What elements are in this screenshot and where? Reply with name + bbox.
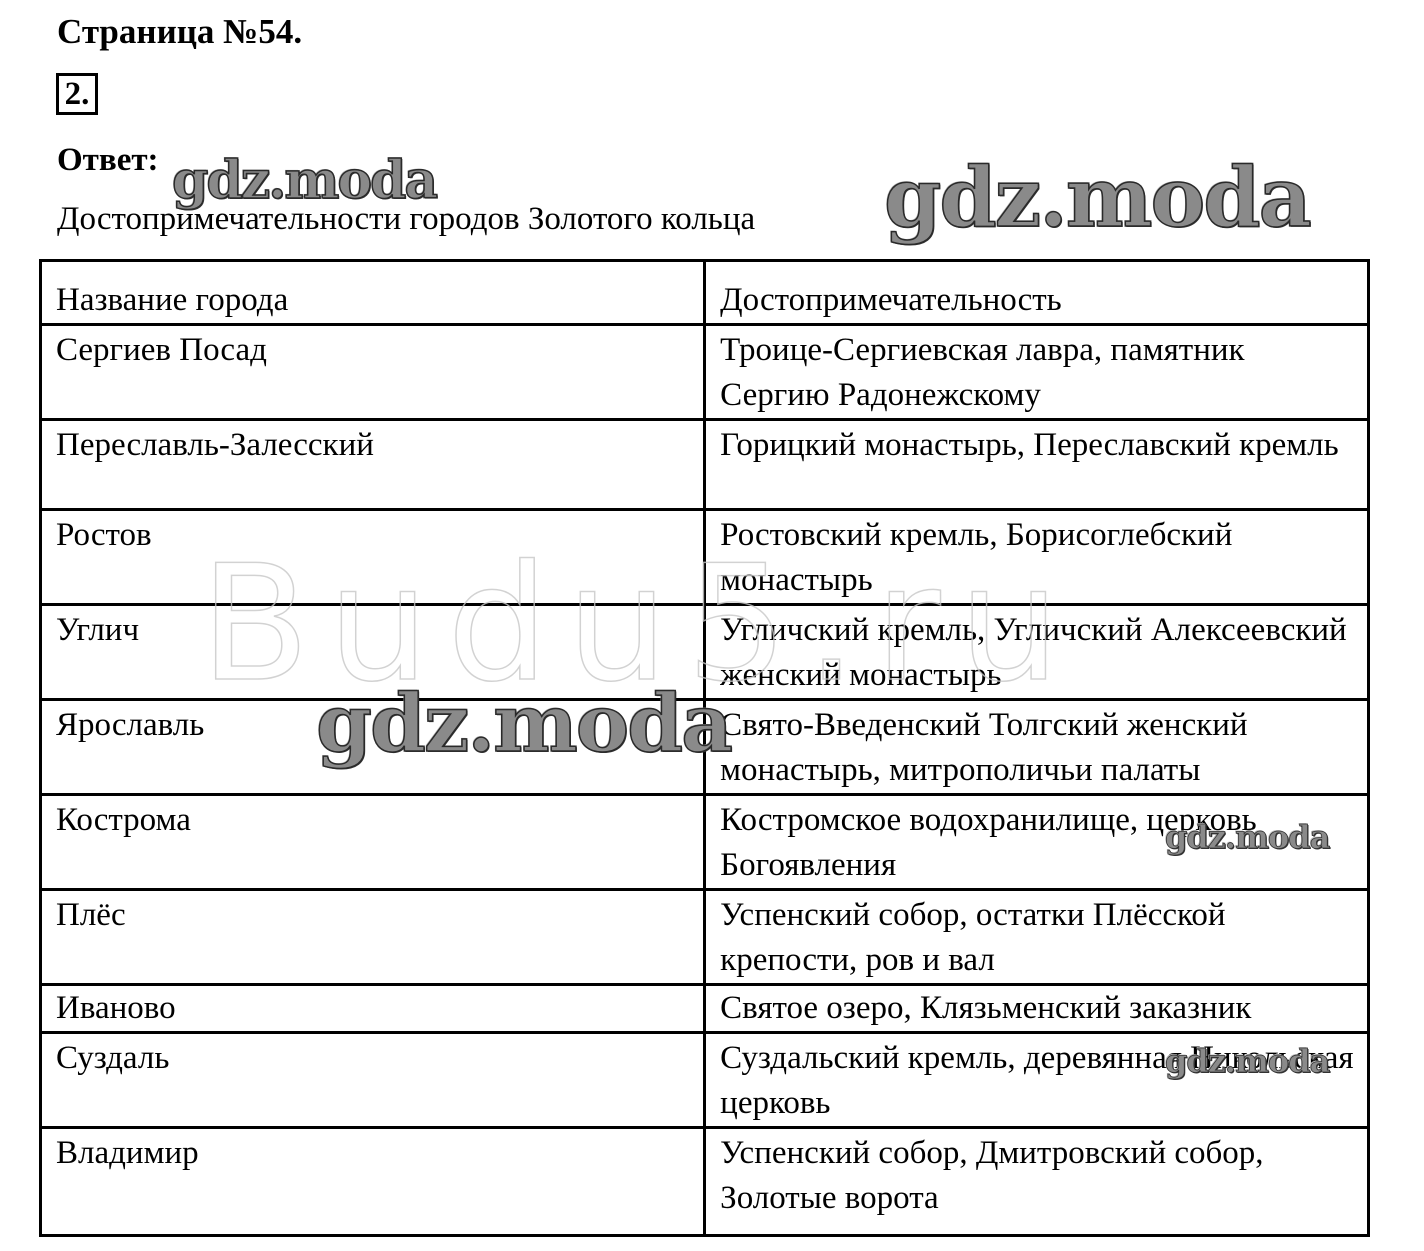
task-number-badge: 2. bbox=[56, 73, 98, 115]
city-cell: Ярославль bbox=[41, 700, 705, 795]
table-row: Кострома Костромское водохранилище, церк… bbox=[41, 795, 1369, 890]
table-row: Ярославль Свято-Введенский Толгский женс… bbox=[41, 700, 1369, 795]
sight-cell: Успенский собор, Дмитровский собор, Золо… bbox=[705, 1128, 1369, 1236]
table-caption: Достопримечательности городов Золотого к… bbox=[57, 197, 755, 241]
sight-cell: Свято-Введенский Толгский женский монаст… bbox=[705, 700, 1369, 795]
table-row: Плёс Успенский собор, остатки Плёсской к… bbox=[41, 890, 1369, 985]
header-city: Название города bbox=[41, 261, 705, 325]
city-cell: Суздаль bbox=[41, 1033, 705, 1128]
city-cell: Переславль-Залесский bbox=[41, 420, 705, 510]
city-cell: Кострома bbox=[41, 795, 705, 890]
sight-cell: Троице-Сергиевская лавра, памятник Серги… bbox=[705, 325, 1369, 420]
sight-cell: Ростовский кремль, Борисоглебский монаст… bbox=[705, 510, 1369, 605]
table-row: Углич Угличский кремль, Угличский Алексе… bbox=[41, 605, 1369, 700]
table-row: Иваново Святое озеро, Клязьменский заказ… bbox=[41, 985, 1369, 1033]
answer-label: Ответ: bbox=[57, 138, 159, 182]
city-cell: Иваново bbox=[41, 985, 705, 1033]
header-sight: Достопримечательность bbox=[705, 261, 1369, 325]
city-cell: Ростов bbox=[41, 510, 705, 605]
table-row: Суздаль Суздальский кремль, деревянная Н… bbox=[41, 1033, 1369, 1128]
city-cell: Владимир bbox=[41, 1128, 705, 1236]
golden-ring-sights-table: Название города Достопримечательность Се… bbox=[39, 259, 1370, 1237]
city-cell: Сергиев Посад bbox=[41, 325, 705, 420]
table-row: Сергиев Посад Троице-Сергиевская лавра, … bbox=[41, 325, 1369, 420]
table-row: Переславль-Залесский Горицкий монастырь,… bbox=[41, 420, 1369, 510]
city-cell: Углич bbox=[41, 605, 705, 700]
sight-cell: Успенский собор, остатки Плёсской крепос… bbox=[705, 890, 1369, 985]
watermark-logo: gdz.moda bbox=[884, 150, 1310, 246]
sight-cell: Суздальский кремль, деревянная Никольска… bbox=[705, 1033, 1369, 1128]
table-row: Ростов Ростовский кремль, Борисоглебский… bbox=[41, 510, 1369, 605]
table-row: Владимир Успенский собор, Дмитровский со… bbox=[41, 1128, 1369, 1236]
table-header-row: Название города Достопримечательность bbox=[41, 261, 1369, 325]
sight-cell: Костромское водохранилище, церковь Богоя… bbox=[705, 795, 1369, 890]
city-cell: Плёс bbox=[41, 890, 705, 985]
sight-cell: Горицкий монастырь, Переславский кремль bbox=[705, 420, 1369, 510]
page-title: Страница №54. bbox=[57, 10, 302, 54]
sight-cell: Угличский кремль, Угличский Алексеевский… bbox=[705, 605, 1369, 700]
sight-cell: Святое озеро, Клязьменский заказник bbox=[705, 985, 1369, 1033]
